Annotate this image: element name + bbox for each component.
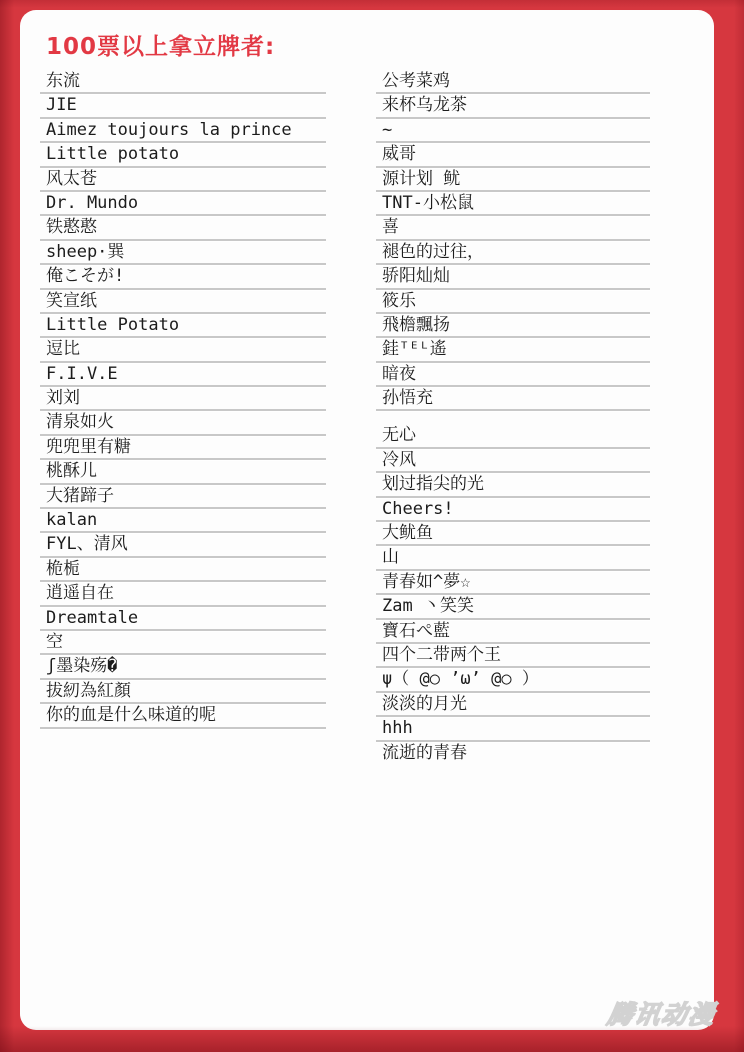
winner-entry: hhh [376, 717, 650, 741]
winner-entry: JIE [40, 94, 326, 118]
winner-entry: ʃ墨染殇� [40, 655, 326, 679]
winner-entry: 无心 [376, 424, 650, 448]
winner-entry: 銈ᵀᴱᴸ遙 [376, 338, 650, 362]
winner-entry: 拔紉為紅顏 [40, 680, 326, 704]
winner-entry: 褪色的过往， [376, 241, 650, 265]
winner-entry: Zam 丶笑笑 [376, 595, 650, 619]
winner-entry: TNT-小松鼠 [376, 192, 650, 216]
winner-entry: 喜 [376, 216, 650, 240]
winner-entry: 风太苍 [40, 168, 326, 192]
winner-entry: 东流 [40, 70, 326, 94]
winner-entry: 桅栀 [40, 558, 326, 582]
winner-entry: 逍遥自在 [40, 582, 326, 606]
winner-entry: Dr. Mundo [40, 192, 326, 216]
winner-entry: ~ [376, 119, 650, 143]
announcement-image: { "title": "100票以上拿立牌者:", "colors": { "f… [0, 0, 744, 1052]
winner-entry: 空 [40, 631, 326, 655]
winner-entry: 俺こそが! [40, 265, 326, 289]
winner-list-right-column: 公考菜鸡来杯乌龙茶~威哥源计划 鱿TNT-小松鼠喜褪色的过往，骄阳灿灿筱乐飛檐飄… [376, 70, 650, 766]
winner-entry: 孙悟充 [376, 387, 650, 411]
winner-entry: 大鱿鱼 [376, 522, 650, 546]
winner-entry: Little Potato [40, 314, 326, 338]
winner-entry: 大猪蹄子 [40, 485, 326, 509]
winner-entry: 清泉如火 [40, 411, 326, 435]
winner-entry: 你的血是什么味道的呢 [40, 704, 326, 728]
winner-entry: 筱乐 [376, 290, 650, 314]
winner-entry: Little potato [40, 143, 326, 167]
winner-entry: 淡淡的月光 [376, 693, 650, 717]
winner-list-left-column: 东流JIEAimez toujours la princeLittle pota… [40, 70, 326, 729]
winner-entry: 逗比 [40, 338, 326, 362]
winner-entry: 飛檐飄扬 [376, 314, 650, 338]
winner-entry: 流逝的青春 [376, 742, 650, 766]
winner-entry: 来杯乌龙茶 [376, 94, 650, 118]
winner-entry: 威哥 [376, 143, 650, 167]
winner-entry: 骄阳灿灿 [376, 265, 650, 289]
winner-entry: 划过指尖的光 [376, 473, 650, 497]
winner-entry: 兜兜里有糖 [40, 436, 326, 460]
winner-entry: 四个二带两个王 [376, 644, 650, 668]
winner-entry: 铁憨憨 [40, 216, 326, 240]
winner-entry: 笑宣纸 [40, 290, 326, 314]
winner-entry: 源计划 鱿 [376, 168, 650, 192]
winner-entry: Cheers! [376, 498, 650, 522]
winner-entry: kalan [40, 509, 326, 533]
winner-entry: 冷风 [376, 449, 650, 473]
winner-entry: F.I.V.E [40, 363, 326, 387]
winner-entry: Aimez toujours la prince [40, 119, 326, 143]
winner-entry: ψ（ @○ ’ω’ @○ ） [376, 668, 650, 692]
winner-entry: Dreamtale [40, 607, 326, 631]
winner-entry: 山 [376, 546, 650, 570]
winner-entry: 寶石ぺ藍 [376, 620, 650, 644]
page-title: 100票以上拿立牌者: [46, 28, 275, 61]
winner-entry: 公考菜鸡 [376, 70, 650, 94]
winner-entry: 青春如^夢☆ [376, 571, 650, 595]
winner-entry: 桃酥儿 [40, 460, 326, 484]
winner-entry: 刘刘 [40, 387, 326, 411]
winner-entry: FYL、清风 [40, 533, 326, 557]
winner-entry: sheep·巽 [40, 241, 326, 265]
tencent-comics-watermark-logo: 腾讯动漫 [605, 995, 719, 1031]
winner-entry: 暗夜 [376, 363, 650, 387]
